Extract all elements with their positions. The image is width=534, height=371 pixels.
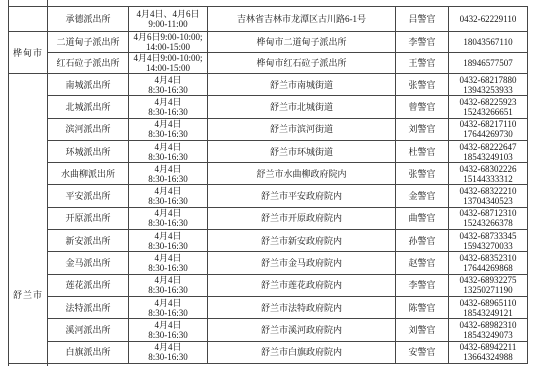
phone-line: 0432-68965110 [449, 298, 527, 308]
phone-cell: 0432-6835231017644269868 [449, 252, 528, 274]
officer-text: 王警官 [408, 58, 435, 68]
table-row: 水曲柳派出所4月4日8:30-16:30舒兰市水曲柳政府院内张警官0432-68… [9, 163, 528, 185]
schedule-line: 8:30-16:30 [129, 196, 207, 206]
station-text: 承德派出所 [65, 14, 110, 24]
officer-text: 安警官 [408, 347, 435, 357]
address-text: 舒兰市南城街道 [270, 80, 333, 90]
station-text: 金马派出所 [65, 258, 110, 268]
schedule-cell: 4月4日8:30-16:30 [129, 140, 208, 162]
phone-line: 18543249121 [449, 308, 527, 318]
schedule-line: 4月4日 [129, 75, 207, 85]
address-cell: 桦甸市红石砬子派出所 [208, 53, 396, 74]
officer-cell: 王警官 [396, 53, 449, 74]
phone-line: 0432-68733345 [449, 231, 527, 241]
station-text: 环城派出所 [65, 147, 110, 157]
city-cell [9, 7, 48, 32]
station-cell: 水曲柳派出所 [48, 163, 129, 185]
address-cell: 舒兰市水曲柳政府院内 [208, 163, 396, 185]
phone-line: 15943270033 [449, 241, 527, 251]
phone-cell: 0432-6821711017644269730 [449, 118, 528, 140]
address-cell: 舒兰市北城街道 [208, 96, 396, 118]
phone-line: 0432-68982310 [449, 320, 527, 330]
station-cell: 承德派出所 [48, 7, 129, 32]
officer-cell: 安警官 [396, 341, 449, 363]
address-text: 舒兰市水曲柳政府院内 [256, 169, 346, 179]
officer-text: 杜警官 [408, 147, 435, 157]
phone-line: 13250271190 [449, 285, 527, 295]
station-cell: 新安派出所 [48, 230, 129, 252]
officer-cell: 张警官 [396, 74, 449, 96]
officer-text: 曲警官 [408, 213, 435, 223]
phone-line: 0432-68217880 [449, 75, 527, 85]
schedule-cell: 4月4日8:30-16:30 [129, 252, 208, 274]
phone-line: 0432-68302226 [449, 164, 527, 174]
schedule-cell: 4月4日、4月6日9:00-11:00 [129, 7, 208, 32]
table-row: 金马派出所4月4日8:30-16:30舒兰市金马政府院内赵警官0432-6835… [9, 252, 528, 274]
schedule-cell: 4月4日9:00-10:00;14:00-15:00 [129, 53, 208, 74]
schedule-line: 8:30-16:30 [129, 241, 207, 251]
officer-cell: 刘警官 [396, 319, 449, 341]
table-row: 溪河派出所4月4日8:30-16:30舒兰市溪河政府院内刘警官0432-6898… [9, 319, 528, 341]
station-text: 溪河派出所 [65, 325, 110, 335]
table-row: 法特派出所4月4日8:30-16:30舒兰市法特政府院内陈警官0432-6896… [9, 296, 528, 318]
phone-line: 18543249073 [449, 330, 527, 340]
schedule-cell: 4月4日8:30-16:30 [129, 230, 208, 252]
city-cell: 舒兰市 [9, 74, 48, 364]
station-cell: 法特派出所 [48, 296, 129, 318]
officer-text: 刘警官 [408, 325, 435, 335]
schedule-cell: 4月4日8:30-16:30 [129, 163, 208, 185]
phone-cell: 0432-6822592315243266651 [449, 96, 528, 118]
station-text: 新安派出所 [65, 236, 110, 246]
address-cell: 桦甸市二道甸子派出所 [208, 32, 396, 53]
schedule-line: 8:30-16:30 [129, 152, 207, 162]
phone-line: 13943253933 [449, 85, 527, 95]
station-text: 白旗派出所 [65, 347, 110, 357]
address-cell: 舒兰市新安政府院内 [208, 230, 396, 252]
table-row: 滨河派出所4月4日8:30-16:30舒兰市滨河街道刘警官0432-682171… [9, 118, 528, 140]
address-text: 舒兰市金马政府院内 [261, 258, 342, 268]
station-text: 平安派出所 [65, 191, 110, 201]
schedule-line: 4月4日 [129, 298, 207, 308]
phone-cell: 0432-6822264718543249103 [449, 140, 528, 162]
table-row: 承德派出所4月4日、4月6日9:00-11:00吉林省吉林市龙潭区古川路6-1号… [9, 7, 528, 32]
phone-cell: 18043567110 [449, 32, 528, 53]
officer-cell: 刘警官 [396, 118, 449, 140]
phone-line: 15243266651 [449, 107, 527, 117]
phone-line: 13704340523 [449, 196, 527, 206]
phone-line: 0432-68217110 [449, 119, 527, 129]
table-row: 平安派出所4月4日8:30-16:30舒兰市平安政府院内金警官0432-6832… [9, 185, 528, 207]
station-cell: 开原派出所 [48, 207, 129, 229]
phone-line: 15243266378 [449, 218, 527, 228]
address-cell: 舒兰市开原政府院内 [208, 207, 396, 229]
schedule-cell: 4月4日8:30-16:30 [129, 274, 208, 296]
table-row: 北城派出所4月4日8:30-16:30舒兰市北城街道曾警官0432-682259… [9, 96, 528, 118]
address-text: 舒兰市法特政府院内 [261, 303, 342, 313]
station-text: 滨河派出所 [65, 124, 110, 134]
schedule-line: 8:30-16:30 [129, 330, 207, 340]
officer-text: 曾警官 [408, 102, 435, 112]
schedule-cell: 4月4日8:30-16:30 [129, 96, 208, 118]
station-cell: 莲花派出所 [48, 274, 129, 296]
address-cell: 舒兰市法特政府院内 [208, 296, 396, 318]
schedule-line: 8:30-16:30 [129, 308, 207, 318]
schedule-cell: 4月6日9:00-10:00;14:00-15:00 [129, 32, 208, 53]
station-cell: 白旗派出所 [48, 341, 129, 363]
phone-line: 0432-62229110 [449, 14, 527, 24]
address-cell: 舒兰市滨河街道 [208, 118, 396, 140]
officer-text: 张警官 [408, 169, 435, 179]
officer-cell: 吕警官 [396, 7, 449, 32]
schedule-line: 8:30-16:30 [129, 129, 207, 139]
officer-text: 张警官 [408, 80, 435, 90]
schedule-line: 4月4日 [129, 208, 207, 218]
address-cell: 吉林省吉林市龙潭区古川路6-1号 [208, 7, 396, 32]
phone-line: 0432-68322210 [449, 186, 527, 196]
schedule-table-body: 承德派出所4月4日、4月6日9:00-11:00吉林省吉林市龙潭区古川路6-1号… [9, 0, 528, 363]
officer-text: 孙警官 [408, 236, 435, 246]
schedule-line: 4月4日9:00-10:00; [129, 53, 207, 63]
officer-text: 吕警官 [408, 14, 435, 24]
schedule-line: 8:30-16:30 [129, 174, 207, 184]
officer-text: 李警官 [408, 37, 435, 47]
officer-cell: 赵警官 [396, 252, 449, 274]
table-row: 新安派出所4月4日8:30-16:30舒兰市新安政府院内孙警官0432-6873… [9, 230, 528, 252]
schedule-line: 14:00-15:00 [129, 63, 207, 73]
table-row: 莲花派出所4月4日8:30-16:30舒兰市莲花政府院内李警官0432-6893… [9, 274, 528, 296]
phone-line: 13664324988 [449, 352, 527, 362]
schedule-line: 4月4日 [129, 186, 207, 196]
station-cell: 二道甸子派出所 [48, 32, 129, 53]
schedule-line: 4月4日 [129, 231, 207, 241]
phone-line: 18543249103 [449, 152, 527, 162]
phone-line: 0432-68225923 [449, 97, 527, 107]
schedule-line: 8:30-16:30 [129, 352, 207, 362]
address-text: 舒兰市环城街道 [270, 147, 333, 157]
address-text: 舒兰市白旗政府院内 [261, 347, 342, 357]
phone-cell: 18946577507 [449, 53, 528, 74]
station-text: 北城派出所 [65, 102, 110, 112]
phone-cell: 0432-6821788013943253933 [449, 74, 528, 96]
station-cell: 环城派出所 [48, 140, 129, 162]
phone-line: 0432-68712310 [449, 208, 527, 218]
officer-cell: 曾警官 [396, 96, 449, 118]
phone-line: 0432-68932275 [449, 275, 527, 285]
table-row: 开原派出所4月4日8:30-16:30舒兰市开原政府院内曲警官0432-6871… [9, 207, 528, 229]
document-page: 承德派出所4月4日、4月6日9:00-11:00吉林省吉林市龙潭区古川路6-1号… [0, 0, 534, 371]
address-text: 舒兰市溪河政府院内 [261, 325, 342, 335]
table-row: 环城派出所4月4日8:30-16:30舒兰市环城街道杜警官0432-682226… [9, 140, 528, 162]
officer-cell: 曲警官 [396, 207, 449, 229]
city-column-left-border-stub [8, 362, 9, 366]
schedule-cell: 4月4日8:30-16:30 [129, 118, 208, 140]
schedule-line: 4月6日9:00-10:00; [129, 32, 207, 42]
schedule-cell: 4月4日8:30-16:30 [129, 74, 208, 96]
schedule-line: 4月4日 [129, 253, 207, 263]
schedule-line: 4月4日 [129, 275, 207, 285]
officer-text: 李警官 [408, 280, 435, 290]
station-text: 莲花派出所 [65, 280, 110, 290]
table-row: 白旗派出所4月4日8:30-16:30舒兰市白旗政府院内安警官0432-6894… [9, 341, 528, 363]
schedule-line: 4月4日 [129, 342, 207, 352]
schedule-line: 4月4日、4月6日 [129, 9, 207, 19]
phone-line: 18043567110 [449, 37, 527, 47]
phone-cell: 0432-6871231015243266378 [449, 207, 528, 229]
address-cell: 舒兰市溪河政府院内 [208, 319, 396, 341]
station-text: 红石砬子派出所 [56, 58, 119, 68]
address-text: 舒兰市新安政府院内 [261, 236, 342, 246]
officer-text: 陈警官 [408, 303, 435, 313]
phone-cell: 0432-6832221013704340523 [449, 185, 528, 207]
officer-cell: 杜警官 [396, 140, 449, 162]
officer-cell: 李警官 [396, 32, 449, 53]
phone-line: 17644269868 [449, 263, 527, 273]
schedule-cell: 4月4日8:30-16:30 [129, 341, 208, 363]
city-column-right-border-stub [47, 362, 48, 366]
city-cell: 桦甸市 [9, 32, 48, 74]
table-row: 红石砬子派出所4月4日9:00-10:00;14:00-15:00桦甸市红石砬子… [9, 53, 528, 74]
officer-cell: 李警官 [396, 274, 449, 296]
table-row: 舒兰市南城派出所4月4日8:30-16:30舒兰市南城街道张警官0432-682… [9, 74, 528, 96]
phone-cell: 0432-6894221113664324988 [449, 341, 528, 363]
address-text: 舒兰市平安政府院内 [261, 191, 342, 201]
schedule-cell: 4月4日8:30-16:30 [129, 207, 208, 229]
schedule-line: 8:30-16:30 [129, 218, 207, 228]
address-text: 舒兰市滨河街道 [270, 124, 333, 134]
address-cell: 舒兰市南城街道 [208, 74, 396, 96]
officer-cell: 陈警官 [396, 296, 449, 318]
address-text: 桦甸市二道甸子派出所 [256, 37, 346, 47]
phone-cell: 0432-6830222615144333312 [449, 163, 528, 185]
officer-text: 刘警官 [408, 124, 435, 134]
schedule-cell: 4月4日8:30-16:30 [129, 319, 208, 341]
schedule-line: 9:00-11:00 [129, 19, 207, 29]
station-text: 法特派出所 [65, 303, 110, 313]
schedule-cell: 4月4日8:30-16:30 [129, 185, 208, 207]
address-text: 舒兰市开原政府院内 [261, 213, 342, 223]
phone-cell: 0432-62229110 [449, 7, 528, 32]
phone-cell: 0432-6893227513250271190 [449, 274, 528, 296]
schedule-line: 8:30-16:30 [129, 85, 207, 95]
station-cell: 南城派出所 [48, 74, 129, 96]
address-text: 舒兰市北城街道 [270, 102, 333, 112]
officer-cell: 孙警官 [396, 230, 449, 252]
schedule-line: 4月4日 [129, 119, 207, 129]
phone-line: 0432-68222647 [449, 142, 527, 152]
officer-cell: 金警官 [396, 185, 449, 207]
address-cell: 舒兰市莲花政府院内 [208, 274, 396, 296]
address-text: 舒兰市莲花政府院内 [261, 280, 342, 290]
schedule-line: 8:30-16:30 [129, 107, 207, 117]
station-cell: 平安派出所 [48, 185, 129, 207]
city-label: 舒兰市 [9, 74, 47, 300]
phone-cell: 0432-6896511018543249121 [449, 296, 528, 318]
police-schedule-table: 承德派出所4月4日、4月6日9:00-11:00吉林省吉林市龙潭区古川路6-1号… [8, 0, 528, 364]
officer-text: 赵警官 [408, 258, 435, 268]
phone-cell: 0432-6898231018543249073 [449, 319, 528, 341]
city-label: 桦甸市 [13, 48, 43, 58]
officer-cell: 张警官 [396, 163, 449, 185]
phone-line: 15144333312 [449, 174, 527, 184]
address-text: 桦甸市红石砬子派出所 [256, 58, 346, 68]
phone-line: 0432-68942211 [449, 342, 527, 352]
station-text: 二道甸子派出所 [56, 37, 119, 47]
schedule-line: 8:30-16:30 [129, 285, 207, 295]
station-text: 水曲柳派出所 [61, 169, 115, 179]
phone-line: 17644269730 [449, 129, 527, 139]
address-cell: 舒兰市白旗政府院内 [208, 341, 396, 363]
officer-text: 金警官 [408, 191, 435, 201]
table-row: 桦甸市二道甸子派出所4月6日9:00-10:00;14:00-15:00桦甸市二… [9, 32, 528, 53]
schedule-line: 14:00-15:00 [129, 42, 207, 52]
station-cell: 金马派出所 [48, 252, 129, 274]
station-cell: 红石砬子派出所 [48, 53, 129, 74]
phone-cell: 0432-6873334515943270033 [449, 230, 528, 252]
schedule-line: 4月4日 [129, 320, 207, 330]
address-text: 吉林省吉林市龙潭区古川路6-1号 [237, 14, 366, 24]
phone-line: 0432-68352310 [449, 253, 527, 263]
schedule-cell: 4月4日8:30-16:30 [129, 296, 208, 318]
address-cell: 舒兰市金马政府院内 [208, 252, 396, 274]
schedule-line: 4月4日 [129, 164, 207, 174]
schedule-line: 8:30-16:30 [129, 263, 207, 273]
station-cell: 溪河派出所 [48, 319, 129, 341]
station-text: 南城派出所 [65, 80, 110, 90]
schedule-line: 4月4日 [129, 97, 207, 107]
address-cell: 舒兰市平安政府院内 [208, 185, 396, 207]
address-cell: 舒兰市环城街道 [208, 140, 396, 162]
station-cell: 北城派出所 [48, 96, 129, 118]
station-text: 开原派出所 [65, 213, 110, 223]
schedule-line: 4月4日 [129, 142, 207, 152]
phone-line: 18946577507 [449, 58, 527, 68]
station-cell: 滨河派出所 [48, 118, 129, 140]
